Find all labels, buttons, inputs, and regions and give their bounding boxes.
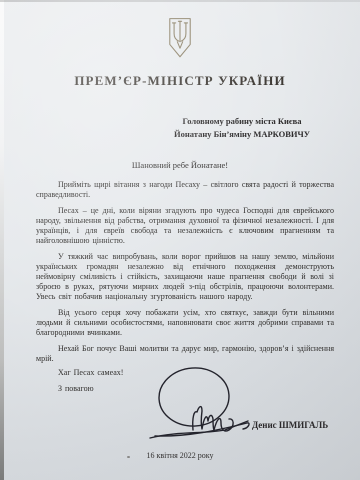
ukraine-trident-emblem-icon <box>166 17 194 60</box>
letter-date: 16 квітня 2022 року <box>0 451 360 460</box>
letterhead-title: ПРЕМ’ЄР-МІНІСТР УКРАЇНИ <box>0 73 360 89</box>
letter-body: Прийміть щирі вітання з нагоди Песаху – … <box>0 180 360 394</box>
paragraph-2: Песах – це дні, коли віряни згадують про… <box>36 206 334 246</box>
handwritten-signature-icon <box>147 366 259 446</box>
paragraph-5: Нехай Бог почує Ваші молитви та дарує ми… <box>36 344 334 364</box>
letter-photo: ПРЕМ’ЄР-МІНІСТР УКРАЇНИ Головному рабину… <box>0 0 360 480</box>
addressee-name: Йонатану Бін’яміну МАРКОВИЧУ <box>144 128 340 141</box>
addressee-block: Головному рабину міста Києва Йонатану Бі… <box>144 115 340 141</box>
salutation: Шановний ребе Йонатане! <box>0 160 360 170</box>
signer-name: Денис ШМИГАЛЬ <box>252 420 328 430</box>
addressee-role: Головному рабину міста Києва <box>144 115 340 128</box>
letterhead-emblem <box>0 0 360 60</box>
paragraph-3: У тяжкий час випробувань, коли ворог при… <box>36 252 334 302</box>
paragraph-4: Від усього серця хочу побажати усім, хто… <box>36 308 334 338</box>
paragraph-1: Прийміть щирі вітання з нагоди Песаху – … <box>36 180 334 200</box>
